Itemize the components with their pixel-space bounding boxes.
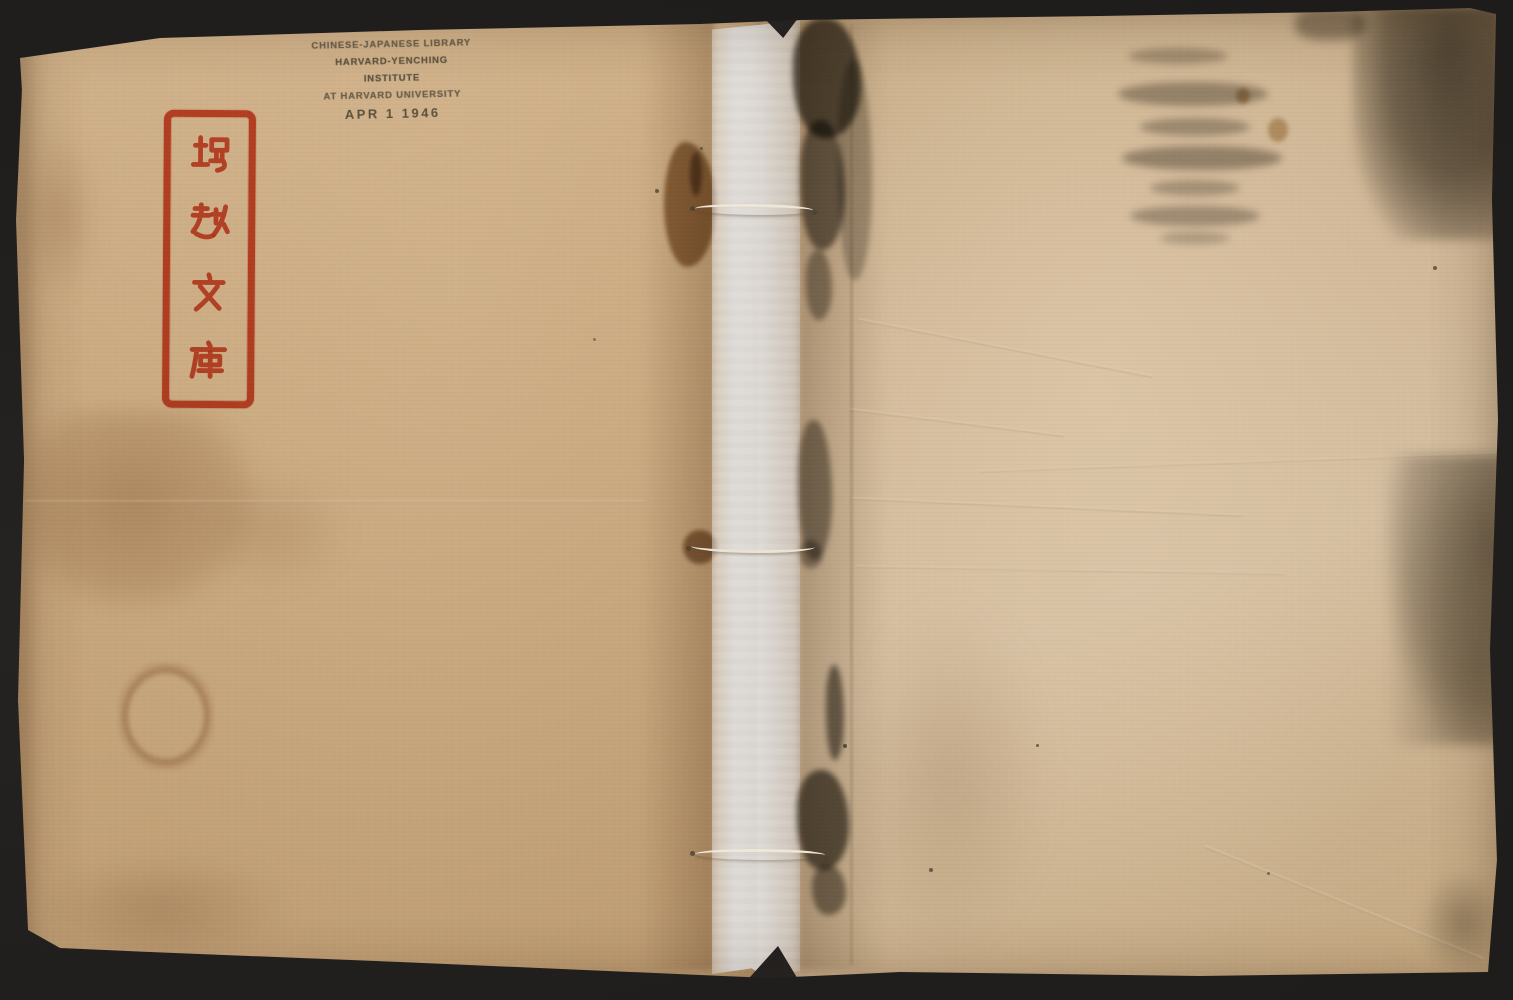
left-cover-page: [0, 0, 757, 1000]
book-cover-spread: CHINESE-JAPANESE LIBRARY HARVARD-YENCHIN…: [0, 0, 1513, 1000]
binding-repair-tape: [712, 16, 800, 978]
photograph-background: CHINESE-JAPANESE LIBRARY HARVARD-YENCHIN…: [0, 0, 1513, 1000]
right-cover-page: [757, 0, 1513, 1000]
